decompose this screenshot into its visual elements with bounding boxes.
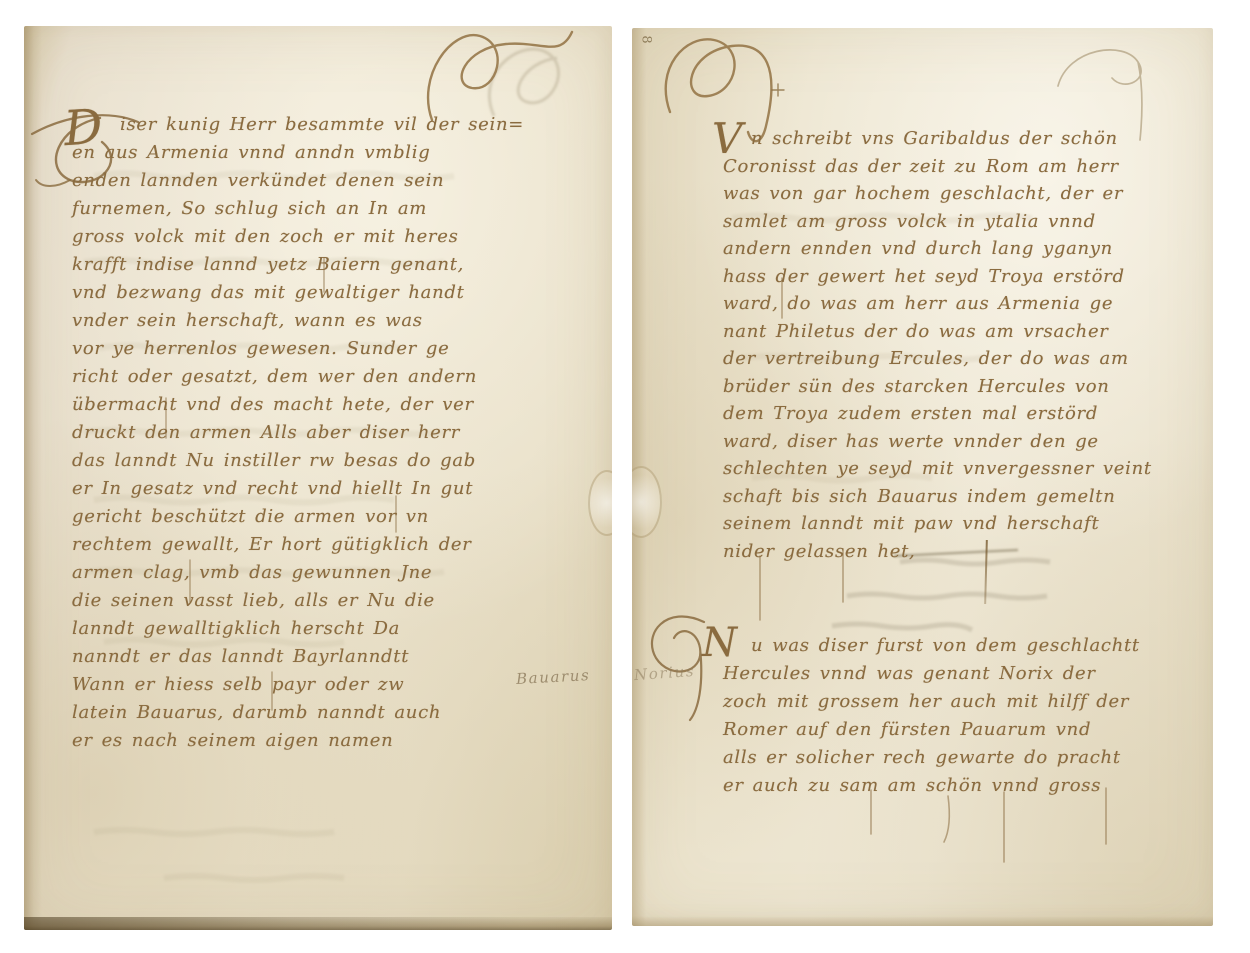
manuscript-line: rechtem gewallt, Er hort gütigklich der (72, 531, 572, 559)
manuscript-line: krafft indise lannd yetz Baiern genant, (72, 251, 572, 279)
manuscript-line: dem Troya zudem ersten mal erstörd (723, 400, 1209, 428)
manuscript-line: Hercules vnnd was genant Norix der (723, 660, 1209, 688)
manuscript-line: lanndt gewalltigklich herscht Da (72, 615, 572, 643)
manuscript-line: armen clag, vmb das gewunnen Jne (72, 559, 572, 587)
manuscript-line: seinem lanndt mit paw vnd herschaft (723, 510, 1209, 538)
manuscript-line: n schreibt vns Garibaldus der schön (723, 125, 1209, 153)
manuscript-line: er auch zu sam am schön vnnd gross (723, 772, 1209, 800)
manuscript-line: nant Philetus der do was am vrsacher (723, 318, 1209, 346)
right-page-paragraph-1: n schreibt vns Garibaldus der schönCoron… (723, 125, 1209, 565)
manuscript-line: die seinen vasst lieb, alls er Nu die (72, 587, 572, 615)
manuscript-line: iser kunig Herr besammte vil der sein= (72, 111, 572, 139)
manuscript-line: nanndt er das lanndt Bayrlanndtt (72, 643, 572, 671)
manuscript-line: er In gesatz vnd recht vnd hiellt In gut (72, 475, 572, 503)
folio-number: 8 (639, 35, 654, 43)
manuscript-line: en aus Armenia vnnd anndn vmblig (72, 139, 572, 167)
manuscript-line: Coronisst das der zeit zu Rom am herr (723, 153, 1209, 181)
manuscript-line: der vertreibung Ercules, der do was am (723, 345, 1209, 373)
manuscript-line: Wann er hiess selb payr oder zw (72, 671, 572, 699)
manuscript-line: er es nach seinem aigen namen (72, 727, 572, 755)
parchment-blemish (632, 466, 662, 538)
manuscript-line: ward, diser has werte vnnder den ge (723, 428, 1209, 456)
manuscript-line: Romer auf den fürsten Pauarum vnd (723, 716, 1209, 744)
manuscript-line: richt oder gesatzt, dem wer den andern (72, 363, 572, 391)
manuscript-line: übermacht vnd des macht hete, der ver (72, 391, 572, 419)
manuscript-line: gross volck mit den zoch er mit heres (72, 223, 572, 251)
manuscript-line: vor ye herrenlos gewesen. Sunder ge (72, 335, 572, 363)
manuscript-line: gericht beschützt die armen vor vn (72, 503, 572, 531)
right-page: 8 (632, 28, 1213, 926)
parchment-blemish (588, 470, 612, 536)
manuscript-line: vnder sein herschaft, wann es was (72, 307, 572, 335)
manuscript-line: latein Bauarus, darumb nanndt auch (72, 699, 572, 727)
margin-note-bauarus: Bauarus (516, 666, 591, 688)
right-page-paragraph-2: u was diser furst von dem geschlachttHer… (723, 632, 1209, 800)
manuscript-line: was von gar hochem geschlacht, der er (723, 180, 1209, 208)
manuscript-line: alls er solicher rech gewarte do pracht (723, 744, 1209, 772)
manuscript-line: schlechten ye seyd mit vnvergessner vein… (723, 455, 1209, 483)
manuscript-line: vnd bezwang das mit gewaltiger handt (72, 279, 572, 307)
manuscript-line: zoch mit grossem her auch mit hilff der (723, 688, 1209, 716)
manuscript-line: schaft bis sich Bauarus indem gemeltn (723, 483, 1209, 511)
margin-note-norius: Norius (633, 662, 695, 684)
left-page-text-block: iser kunig Herr besammte vil der sein=en… (72, 111, 572, 755)
manuscript-line: ward, do was am herr aus Armenia ge (723, 290, 1209, 318)
manuscript-line: andern ennden vnd durch lang yganyn (723, 235, 1209, 263)
manuscript-line: nider gelassen het, (723, 538, 1209, 566)
left-page: D iser kunig Herr besammte vil der sein=… (24, 26, 612, 930)
manuscript-spread: D iser kunig Herr besammte vil der sein=… (0, 0, 1250, 953)
manuscript-line: enden lannden verkündet denen sein (72, 167, 572, 195)
manuscript-line: u was diser furst von dem geschlachtt (723, 632, 1209, 660)
manuscript-line: samlet am gross volck in ytalia vnnd (723, 208, 1209, 236)
manuscript-line: furnemen, So schlug sich an In am (72, 195, 572, 223)
manuscript-line: hass der gewert het seyd Troya erstörd (723, 263, 1209, 291)
paragraph-end-stroke (984, 540, 988, 604)
manuscript-line: das lanndt Nu instiller rw besas do gab (72, 447, 572, 475)
manuscript-line: druckt den armen Alls aber diser herr (72, 419, 572, 447)
manuscript-line: brüder sün des starcken Hercules von (723, 373, 1209, 401)
